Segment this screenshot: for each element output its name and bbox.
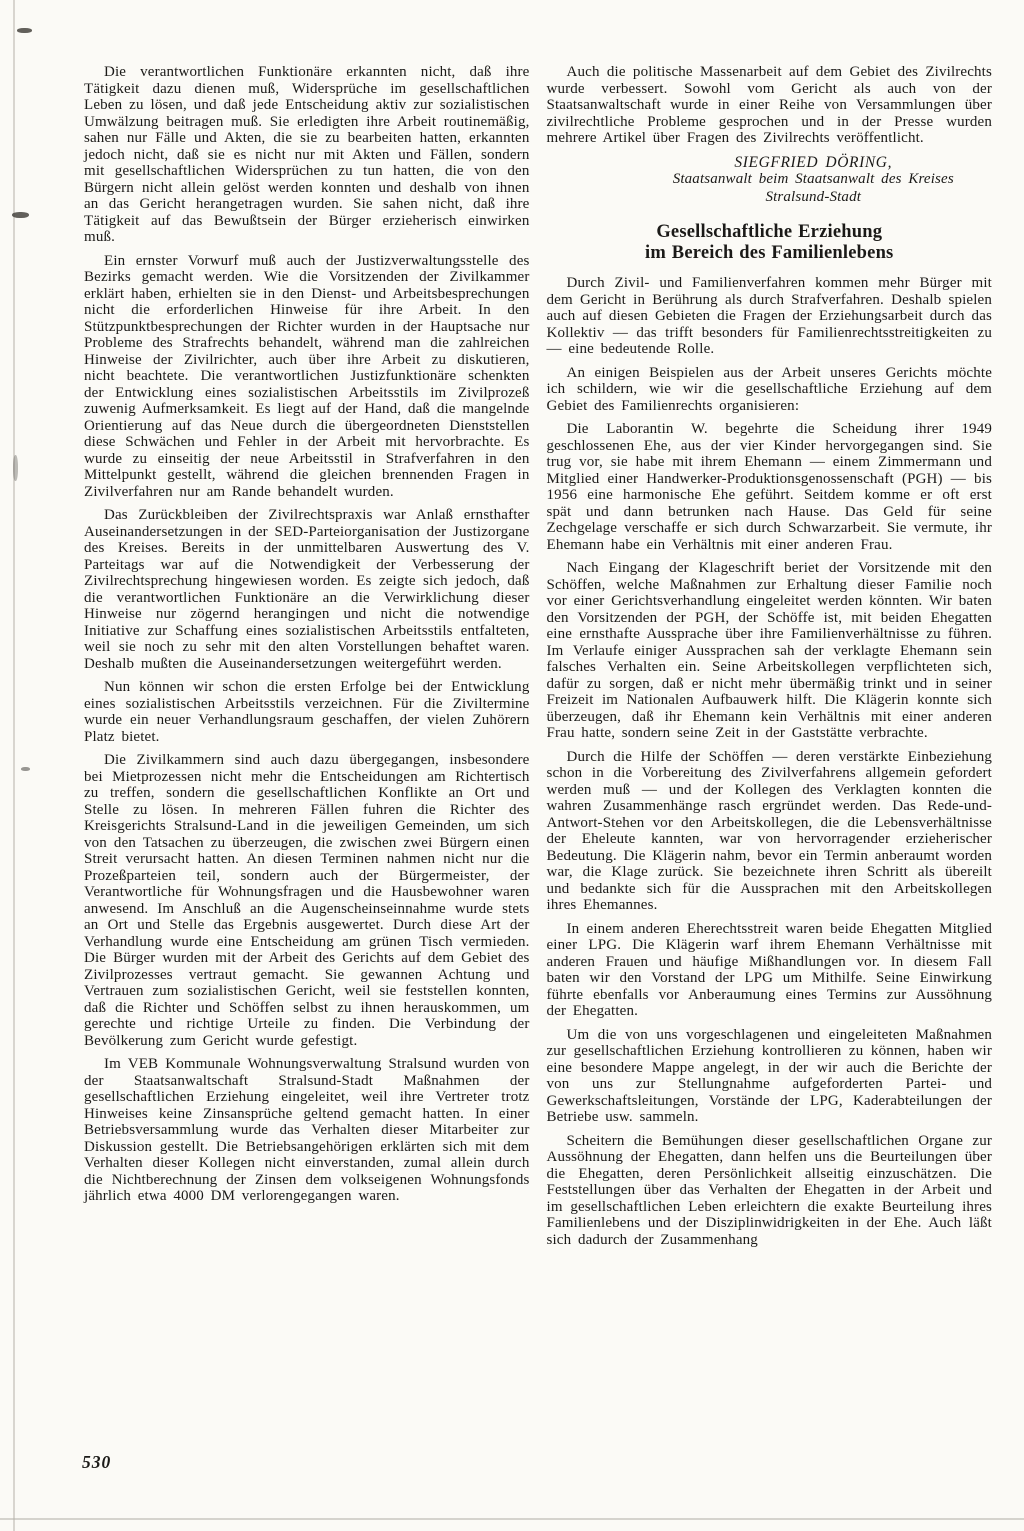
paragraph: Durch Zivil- und Familienverfahren komme… — [547, 275, 993, 358]
paragraph: Auch die politische Massenarbeit auf dem… — [547, 64, 993, 147]
paragraph: An einigen Beispielen aus der Arbeit uns… — [547, 365, 993, 415]
author-role-line2: Stralsund-Stadt — [635, 189, 993, 207]
paragraph: Im VEB Kommunale Wohnungsverwaltung Stra… — [84, 1056, 530, 1205]
paragraph: Die Zivilkammern sind auch dazu übergega… — [84, 752, 530, 1049]
intro-paragraphs: Auch die politische Massenarbeit auf dem… — [547, 64, 993, 147]
article-title: Gesellschaftliche Erziehung im Bereich d… — [547, 222, 993, 264]
scan-binding-edge — [13, 0, 15, 1531]
author-role-line1: Staatsanwalt beim Staatsanwalt des Kreis… — [635, 171, 993, 189]
two-column-layout: Die verantwortlichen Funktionäre erkannt… — [84, 64, 992, 1255]
paragraph: Scheitern die Bemühungen dieser gesellsc… — [547, 1133, 993, 1249]
scan-speck — [13, 455, 18, 481]
article-paragraphs: Durch Zivil- und Familienverfahren komme… — [547, 275, 993, 1248]
paragraph: Die verantwortlichen Funktionäre erkannt… — [84, 64, 530, 246]
author-name: SIEGFRIED DÖRING, — [635, 154, 993, 172]
article-title-line2: im Bereich des Familienlebens — [645, 243, 893, 263]
author-signature: SIEGFRIED DÖRING, Staatsanwalt beim Staa… — [547, 154, 993, 207]
paragraph: Nun können wir schon die ersten Erfolge … — [84, 679, 530, 745]
right-column: Auch die politische Massenarbeit auf dem… — [547, 64, 993, 1255]
scan-bottom-edge — [0, 1518, 1024, 1520]
journal-page: Die verantwortlichen Funktionäre erkannt… — [0, 0, 1024, 1531]
left-column: Die verantwortlichen Funktionäre erkannt… — [84, 64, 530, 1255]
paragraph: Durch die Hilfe der Schöffen — deren ver… — [547, 749, 993, 914]
paragraph: Um die von uns vorgeschlagenen und einge… — [547, 1027, 993, 1126]
article-title-line1: Gesellschaftliche Erziehung — [656, 222, 882, 242]
scan-speck — [17, 28, 32, 33]
paragraph: Die Laborantin W. begehrte die Scheidung… — [547, 421, 993, 553]
paragraph: Das Zurückbleiben der Zivilrechtspraxis … — [84, 507, 530, 672]
paragraph: Ein ernster Vorwurf muß auch der Justizv… — [84, 253, 530, 501]
page-number: 530 — [82, 1452, 111, 1473]
paragraph: In einem anderen Eherechtsstreit waren b… — [547, 921, 993, 1020]
scan-speck — [12, 212, 29, 218]
paragraph: Nach Eingang der Klageschrift beriet der… — [547, 560, 993, 742]
scan-speck — [21, 767, 30, 771]
